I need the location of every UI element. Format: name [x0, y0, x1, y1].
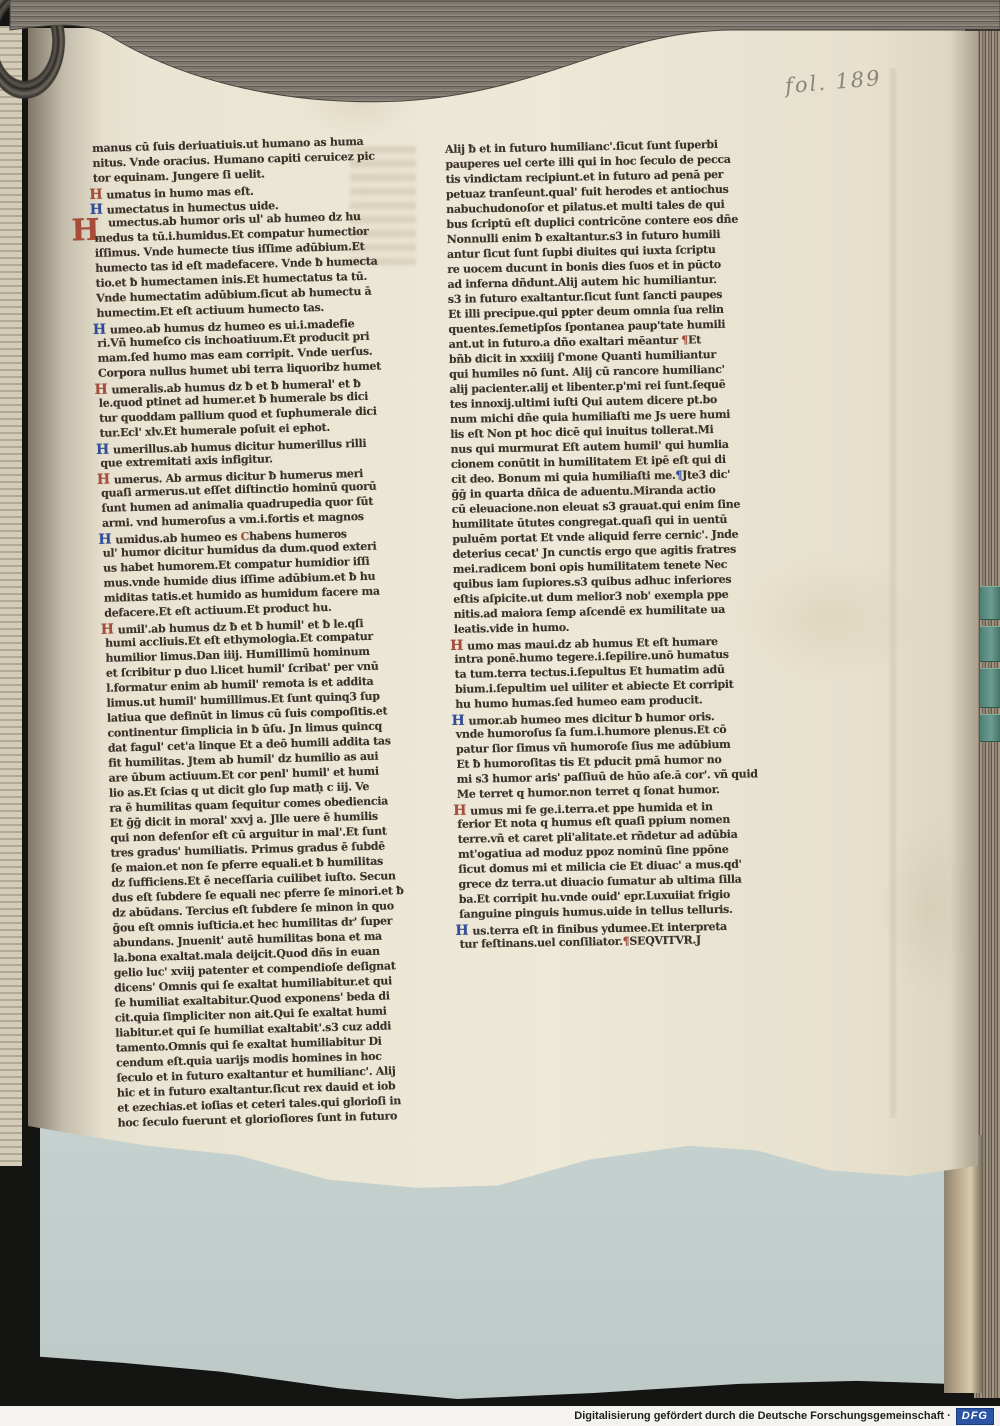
- rubric-initial: H: [96, 442, 113, 458]
- rubric-mark: ¶: [675, 469, 682, 482]
- book-top-page-edges: [0, 0, 1000, 120]
- rubric-mark: ¶: [681, 334, 688, 347]
- page-crease: [888, 68, 898, 1118]
- rubric-initial: H: [101, 621, 118, 637]
- fore-edge-tab: [980, 714, 1000, 742]
- rubric-initial: H: [97, 471, 114, 487]
- text-column-left: manus cū ſuis deriuatiuis.ut humano as h…: [90, 133, 452, 1131]
- rubric-initial: H: [98, 531, 115, 547]
- rubric-initial: H: [450, 638, 467, 654]
- funding-credit-text: Digitalisierung gefördert durch die Deut…: [574, 1410, 951, 1422]
- fore-edge-tab: [980, 586, 1000, 620]
- fore-edge-tab: [980, 668, 1000, 708]
- page-edge-shade: [950, 28, 978, 1196]
- rubric-initial: H: [453, 803, 470, 819]
- rubric-mark: C: [241, 530, 250, 543]
- fore-edge-tab: [980, 626, 1000, 662]
- book-fore-edge-lower: [944, 1135, 982, 1393]
- dfg-logo: DFG: [956, 1408, 994, 1425]
- rubric-initial: H: [451, 713, 468, 729]
- rubric-initial: H: [455, 923, 472, 939]
- rubric-mark: ¶: [623, 935, 630, 948]
- digitization-footer: Digitalisierung gefördert durch die Deut…: [0, 1406, 1000, 1426]
- book-scan-viewport: fol. 189 manus cū ſuis deriuatiuis.ut hu…: [0, 0, 1000, 1426]
- rubric-initial: H: [89, 187, 106, 203]
- text-column-right: Alij ƀ et in futuro humilianc'.ſicut ſun…: [443, 137, 794, 953]
- rubric-initial: H: [93, 322, 110, 338]
- manuscript-page: fol. 189 manus cū ſuis deriuatiuis.ut hu…: [28, 28, 978, 1196]
- facing-page-sliver: [0, 26, 22, 1166]
- rubric-initial: H: [94, 382, 111, 398]
